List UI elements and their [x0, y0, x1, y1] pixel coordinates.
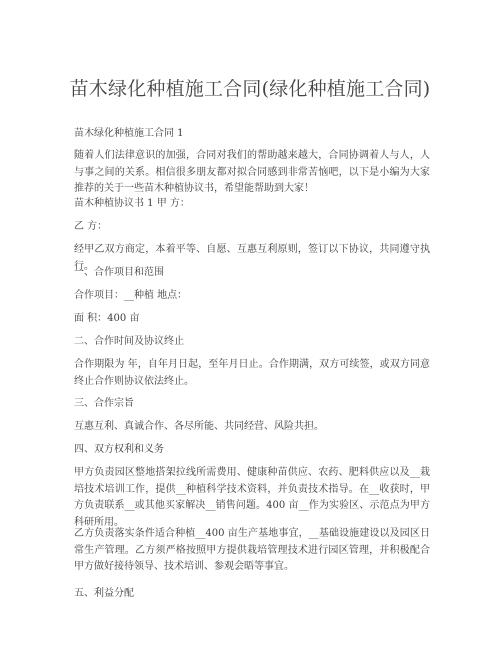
heading-1: 一、合作项目和范围 — [74, 265, 430, 282]
term-paragraph: 合作期限为 年，自年月日起，至年月日止。合作期满，双方可续签，或双方同意终止合作… — [74, 357, 430, 390]
purpose-paragraph: 互惠互利、真诚合作、各尽所能、共同经营、风险共担。 — [74, 419, 430, 436]
project-line: 合作项目：__种植 地点： — [74, 288, 430, 305]
heading-3: 三、合作宗旨 — [74, 396, 430, 413]
heading-4: 四、双方权利和义务 — [74, 442, 430, 459]
document-title: 苗木绿化种植施工合同(绿化种植施工合同) — [0, 74, 500, 101]
party-b-line: 乙 方： — [74, 219, 430, 236]
party-a-line: 苗木种植协议书 1 甲 方： — [74, 196, 430, 213]
area-line: 面 积：400 亩 — [74, 311, 430, 328]
section-heading: 苗木绿化种植施工合同 1 — [74, 126, 430, 143]
party-b-duties: 乙方负责落实条件适合种植__400 亩生产基地事宜，__基础设施建设以及园区日常… — [74, 526, 430, 576]
heading-2: 二、合作时间及协议终止 — [74, 334, 430, 351]
heading-5: 五、利益分配 — [74, 586, 430, 603]
party-a-duties: 甲方负责园区整地搭架拉线所需费用、健康种苗供应、农药、肥料供应以及__栽培技术培… — [74, 465, 430, 531]
intro-paragraph: 随着人们法律意识的加强，合同对我们的帮助越来越大，合同协调着人与人，人与事之间的… — [74, 148, 430, 198]
